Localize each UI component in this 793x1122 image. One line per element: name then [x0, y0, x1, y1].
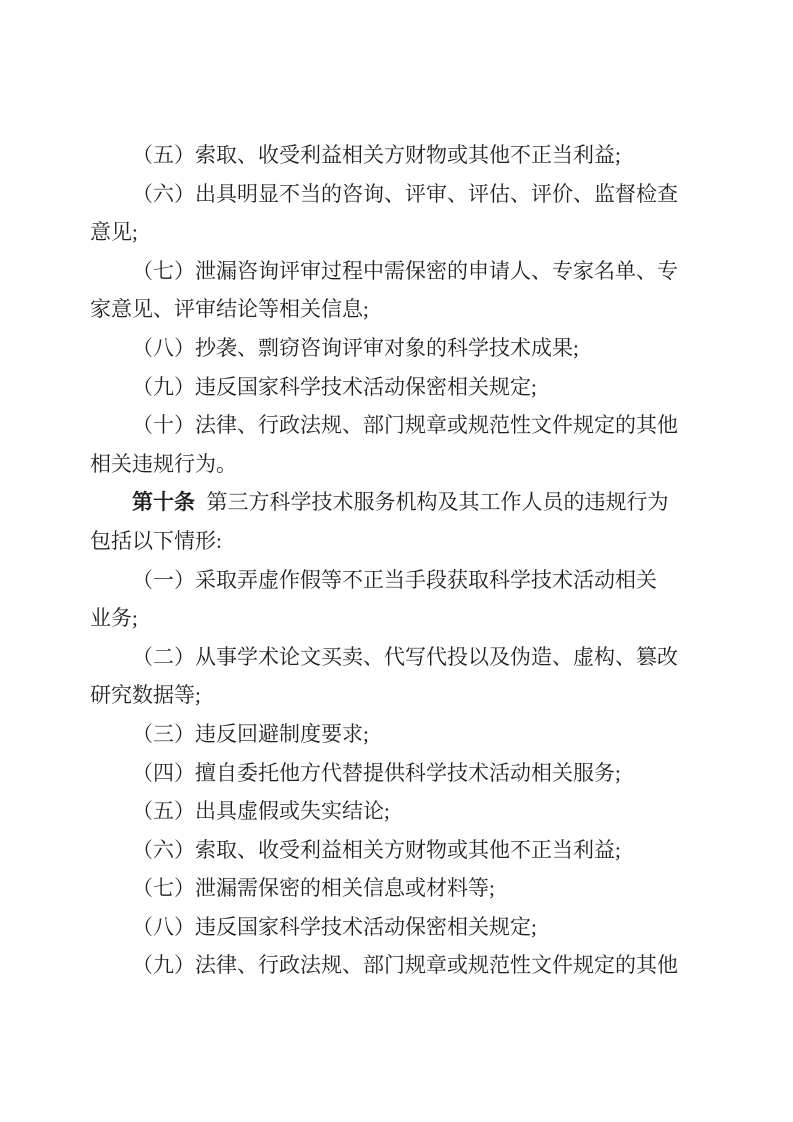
line-text: （三）违反回避制度要求;	[132, 722, 369, 746]
text-line: （五）出具虚假或失实结论;	[90, 792, 702, 831]
line-text: 业务;	[90, 606, 138, 630]
line-text: （六）索取、收受利益相关方财物或其他不正当利益;	[132, 838, 621, 862]
line-text: （九）法律、行政法规、部门规章或规范性文件规定的其他	[132, 953, 678, 977]
article-number: 第十条	[132, 490, 195, 514]
text-line: （九）违反国家科学技术活动保密相关规定;	[90, 368, 702, 407]
text-line: （二）从事学术论文买卖、代写代投以及伪造、虚构、篡改	[90, 638, 702, 677]
line-text: （四）擅自委托他方代替提供科学技术活动相关服务;	[132, 761, 621, 785]
line-text: 相关违规行为。	[90, 452, 237, 476]
line-text: （八）违反国家科学技术活动保密相关规定;	[132, 915, 537, 939]
document-body: （五）索取、收受利益相关方财物或其他不正当利益;（六）出具明显不当的咨询、评审、…	[90, 136, 702, 985]
line-text: （五）出具虚假或失实结论;	[132, 799, 390, 823]
text-line: （七）泄漏需保密的相关信息或材料等;	[90, 869, 702, 908]
text-line: （六）索取、收受利益相关方财物或其他不正当利益;	[90, 831, 702, 870]
line-text: （一）采取弄虚作假等不正当手段获取科学技术活动相关	[132, 568, 657, 592]
line-text: 包括以下情形:	[90, 529, 222, 553]
line-text: （十）法律、行政法规、部门规章或规范性文件规定的其他	[132, 413, 678, 437]
text-line: （一）采取弄虚作假等不正当手段获取科学技术活动相关	[90, 561, 702, 600]
document-page: （五）索取、收受利益相关方财物或其他不正当利益;（六）出具明显不当的咨询、评审、…	[0, 0, 793, 1122]
line-text: 意见;	[90, 220, 138, 244]
text-line: （三）违反回避制度要求;	[90, 715, 702, 754]
text-line: 研究数据等;	[90, 676, 702, 715]
article-heading-line: 第十条第三方科学技术服务机构及其工作人员的违规行为	[90, 483, 702, 522]
line-text: 研究数据等;	[90, 683, 201, 707]
text-line: （八）抄袭、剽窃咨询评审对象的科学技术成果;	[90, 329, 702, 368]
line-text: （九）违反国家科学技术活动保密相关规定;	[132, 375, 537, 399]
text-line: 业务;	[90, 599, 702, 638]
line-text: （五）索取、收受利益相关方财物或其他不正当利益;	[132, 143, 621, 167]
line-text: 第三方科学技术服务机构及其工作人员的违规行为	[207, 490, 669, 514]
line-text: 家意见、评审结论等相关信息;	[90, 297, 369, 321]
text-line: 意见;	[90, 213, 702, 252]
line-text: （七）泄漏需保密的相关信息或材料等;	[132, 876, 495, 900]
text-line: 包括以下情形:	[90, 522, 702, 561]
line-text: （六）出具明显不当的咨询、评审、评估、评价、监督检查	[132, 182, 678, 206]
text-line: （七）泄漏咨询评审过程中需保密的申请人、专家名单、专	[90, 252, 702, 291]
text-line: 相关违规行为。	[90, 445, 702, 484]
text-line: 家意见、评审结论等相关信息;	[90, 290, 702, 329]
line-text: （二）从事学术论文买卖、代写代投以及伪造、虚构、篡改	[132, 645, 678, 669]
text-line: （五）索取、收受利益相关方财物或其他不正当利益;	[90, 136, 702, 175]
text-line: （六）出具明显不当的咨询、评审、评估、评价、监督检查	[90, 175, 702, 214]
text-line: （八）违反国家科学技术活动保密相关规定;	[90, 908, 702, 947]
text-line: （九）法律、行政法规、部门规章或规范性文件规定的其他	[90, 946, 702, 985]
text-line: （十）法律、行政法规、部门规章或规范性文件规定的其他	[90, 406, 702, 445]
line-text: （七）泄漏咨询评审过程中需保密的申请人、专家名单、专	[132, 259, 678, 283]
text-line: （四）擅自委托他方代替提供科学技术活动相关服务;	[90, 754, 702, 793]
line-text: （八）抄袭、剽窃咨询评审对象的科学技术成果;	[132, 336, 579, 360]
